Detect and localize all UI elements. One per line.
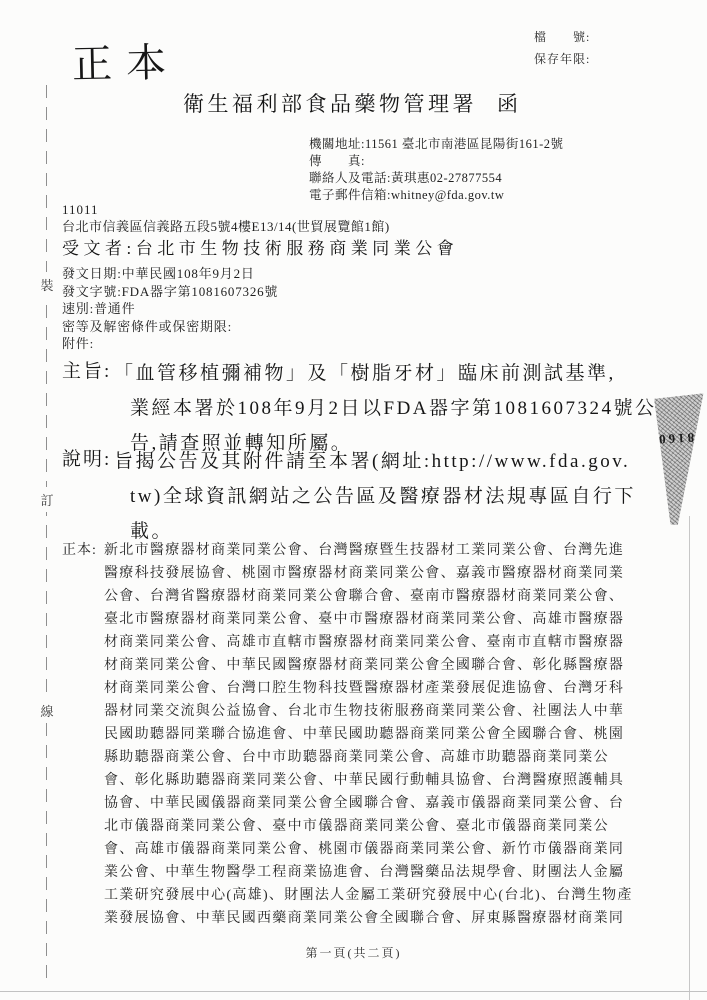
text-line: 材商業同業公會、中華民國醫療器材商業同業公會全國聯合會、彰化縣醫療器	[104, 654, 652, 677]
text-line: 縣助聽器商業公會、台中市助聽器商業同業公會、高雄市助聽器商業同業公	[104, 746, 652, 769]
text-line: 材商業同業公會、台灣口腔生物科技暨醫療器材產業發展促進協會、台灣牙科	[104, 677, 652, 700]
issue-date: 發文日期:中華民國108年9月2日	[62, 265, 278, 283]
text-line: 協會、中華民國儀器商業同業公會全國聯合會、嘉義市儀器商業同業公會、台	[104, 792, 652, 815]
binding-mark-zhuang: 裝	[39, 272, 55, 297]
text-line: 新北市醫療器材商業同業公會、台灣醫療暨生技器材工業同業公會、台灣先進	[104, 539, 652, 562]
binding-mark-xian: 線	[39, 698, 55, 723]
subject-label: 主旨:	[62, 356, 111, 383]
document-title: 衛生福利部食品藥物管理署函	[183, 88, 522, 118]
text-line: 旨揭公告及其附件請至本署(網址:http://www.fda.gov.	[114, 444, 659, 479]
description-body: 旨揭公告及其附件請至本署(網址:http://www.fda.gov.tw)全球…	[114, 444, 659, 549]
page-indicator: 第一頁(共二頁)	[0, 944, 707, 961]
text-line: 業發展協會、中華民國西藥商業同業公會全國聯合會、屏東縣醫療器材商業同	[104, 907, 652, 930]
text-line: 會、彰化縣助聽器商業同業公會、中華民國行動輔具協會、台灣醫療照護輔具	[104, 769, 652, 792]
text-line: 醫療科技發展協會、桃園市醫療器材商業同業公會、嘉義市醫療器材商業同業	[104, 562, 652, 585]
scan-edge-line-bottom	[0, 991, 707, 992]
agency-fax: 傳 真:	[309, 153, 564, 170]
issue-number: 發文字號:FDA器字第1081607326號	[62, 283, 278, 301]
recipient-line: 受文者:台北市生物技術服務商業同業公會	[62, 234, 458, 259]
recipient-address: 台北市信義區信義路五段5號4樓E13/14(世貿展覽館1館)	[62, 216, 390, 235]
scan-edge-line-right	[689, 516, 690, 1000]
text-line: 工業研究發展中心(高雄)、財團法人金屬工業研究發展中心(台北)、台灣生物產	[104, 884, 652, 907]
text-line: 業公會、中華生物醫學工程商業協進會、台灣醫藥品法規學會、財團法人金屬	[104, 861, 652, 884]
text-line: 器材同業交流與公益協會、台北市生物技術服務商業同業公會、社團法人中華	[104, 700, 652, 723]
text-line: 材商業同業公會、高雄市直轄市醫療器材商業同業公會、臺南市直轄市醫療器	[104, 631, 652, 654]
original-copy-stamp: 正本	[71, 31, 180, 90]
description-label: 說明:	[62, 444, 111, 471]
copy-list-body: 新北市醫療器材商業同業公會、台灣醫療暨生技器材工業同業公會、台灣先進醫療科技發展…	[104, 539, 652, 930]
attachment-label: 附件:	[62, 335, 278, 353]
receipt-stamp-number: 10816073	[656, 399, 690, 477]
agency-contact-person: 聯絡人及電話:黃琪惠02-27877554	[309, 170, 564, 187]
retention-period-label: 保存年限:	[534, 48, 590, 70]
agency-email: 電子郵件信箱:whitney@fda.gov.tw	[309, 187, 564, 204]
agency-address: 機關地址:11561 臺北市南港區昆陽街161-2號	[309, 136, 564, 153]
file-number-block: 檔 號: 保存年限:	[534, 26, 590, 70]
document-meta-block: 發文日期:中華民國108年9月2日 發文字號:FDA器字第1081607326號…	[62, 265, 278, 353]
text-line: 「血管移植彌補物」及「樹脂牙材」臨床前測試基準,	[114, 356, 659, 391]
priority: 速別:普通件	[62, 300, 278, 318]
text-line: 會、高雄市儀器商業同業公會、桃園市儀器商業同業公會、新竹市儀器商業同	[104, 838, 652, 861]
text-line: 業經本署於108年9月2日以FDA器字第1081607324號公	[114, 391, 659, 426]
text-line: 北市儀器商業同業公會、臺中市儀器商業同業公會、臺北市儀器商業同業公	[104, 815, 652, 838]
security-classification: 密等及解密條件或保密期限:	[62, 318, 278, 336]
document-type: 函	[497, 92, 522, 116]
text-line: 公會、台灣省醫療器材商業同業公會聯合會、臺南市醫療器材商業同業公會、	[104, 585, 652, 608]
text-line: 民國助聽器同業聯合協進會、中華民國助聽器商業同業公會全國聯合會、桃園	[104, 723, 652, 746]
receipt-stamp-texture: 10816073	[647, 391, 704, 528]
issuing-agency: 衛生福利部食品藥物管理署	[183, 92, 477, 116]
agency-contact-block: 機關地址:11561 臺北市南港區昆陽街161-2號 傳 真: 聯絡人及電話:黃…	[309, 136, 564, 204]
binding-dashed-line	[46, 85, 47, 985]
file-number-label: 檔 號:	[534, 26, 590, 48]
receipt-stamp: 10816073	[647, 388, 707, 530]
text-line: 臺北市醫療器材商業同業公會、臺中市醫療器材商業同業公會、高雄市醫療器	[104, 608, 652, 631]
text-line: tw)全球資訊網站之公告區及醫療器材法規專區自行下	[114, 479, 659, 514]
copy-list-label: 正本:	[62, 539, 97, 559]
binding-mark-ding: 訂	[39, 487, 55, 512]
